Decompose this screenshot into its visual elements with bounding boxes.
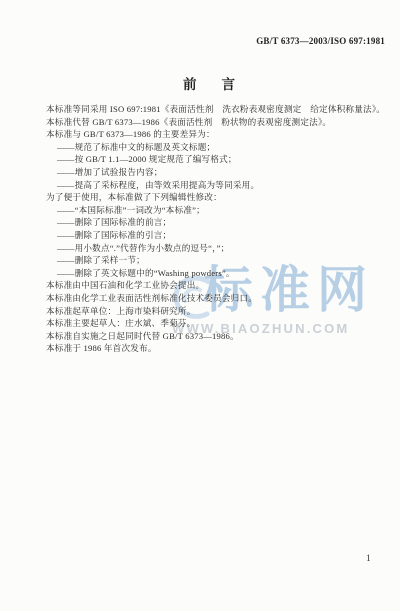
foreword-line: ——删除了国际标准的前言； — [46, 216, 392, 229]
title-char-first: 前 — [183, 73, 197, 93]
foreword-body: 本标准等同采用 ISO 697:1981《表面活性剂 洗衣粉表观密度测定 给定体… — [46, 103, 392, 355]
document-page: GB/T 6373—2003/ISO 697:1981 前 言 标准网 WWW.… — [0, 0, 400, 611]
page-number: 1 — [366, 554, 371, 564]
foreword-line: ——删除了采样一节； — [46, 254, 392, 267]
foreword-line: ——规范了标准中文的标题及英文标题； — [46, 141, 392, 154]
foreword-line: ——“本国际标准”一词改为“本标准”； — [46, 204, 392, 217]
foreword-line: 本标准于 1986 年首次发布。 — [46, 342, 392, 355]
foreword-line: 本标准主要起草人：庄水斌、季菊芬。 — [46, 317, 392, 330]
foreword-line: ——删除了国际标准的引言； — [46, 229, 392, 242]
foreword-line: 本标准等同采用 ISO 697:1981《表面活性剂 洗衣粉表观密度测定 给定体… — [46, 103, 392, 116]
foreword-line: ——按 GB/T 1.1—2000 规定规范了编写格式； — [46, 153, 392, 166]
page-title: 前 言 — [0, 73, 400, 93]
standard-code-header: GB/T 6373—2003/ISO 697:1981 — [256, 36, 385, 46]
foreword-line: ——增加了试验报告内容； — [46, 166, 392, 179]
foreword-line: 本标准起草单位：上海市染料研究所。 — [46, 305, 392, 318]
foreword-line: 为了便于使用，本标准做了下列编辑性修改： — [46, 191, 392, 204]
foreword-line: 本标准与 GB/T 6373—1986 的主要差异为： — [46, 128, 392, 141]
foreword-line: 本标准由中国石油和化学工业协会提出。 — [46, 279, 392, 292]
foreword-line: 本标准由化学工业表面活性剂标准化技术委员会归口。 — [46, 292, 392, 305]
foreword-line: ——用小数点“.”代替作为小数点的逗号“，”； — [46, 242, 392, 255]
foreword-line: ——删除了英文标题中的“Washing powders”。 — [46, 267, 392, 280]
foreword-line: 本标准自实施之日起同时代替 GB/T 6373—1986。 — [46, 330, 392, 343]
title-char-second: 言 — [222, 73, 236, 93]
foreword-line: 本标准代替 GB/T 6373—1986《表面活性剂 粉状物的表观密度测定法》。 — [46, 116, 392, 129]
foreword-line: ——提高了采标程度，由等效采用提高为等同采用。 — [46, 179, 392, 192]
